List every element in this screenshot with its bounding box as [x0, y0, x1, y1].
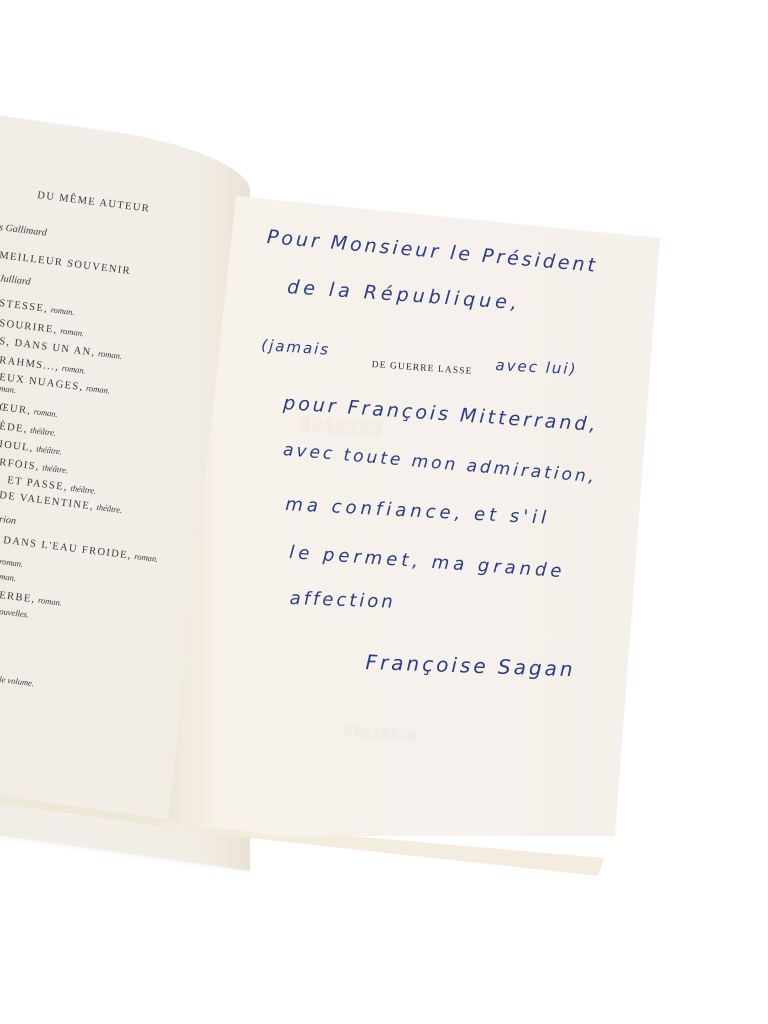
entry-row: man.	[0, 383, 17, 396]
entry-row: ouvelles.	[0, 606, 30, 621]
entry-row: ŒUR, roman.	[0, 402, 58, 420]
entry-row: roman.	[0, 556, 24, 570]
publisher-flammarion: rion	[0, 514, 17, 527]
heading-du-meme-auteur: DU MÊME AUTEUR	[37, 190, 151, 215]
entry-row: DE VALENTINE, théâtre.	[0, 490, 123, 516]
entry-title: MEILLEUR SOUVENIR	[0, 250, 132, 277]
publisher-julliard: Julliard	[0, 273, 31, 288]
entry-row: man.	[0, 571, 17, 584]
entry-row: DANS L'EAU FROIDE, roman.	[3, 535, 159, 565]
entry-row: RFOIS, théâtre.	[0, 457, 69, 476]
entry-row: SOURIRE, roman.	[0, 318, 85, 339]
publisher-gallimard: s Gallimard	[0, 222, 47, 239]
entry-row: ÈDE, théâtre.	[0, 421, 57, 439]
entry-row: le volume.	[0, 674, 35, 689]
inscription-line: affection	[289, 588, 396, 613]
left-page-text: DU MÊME AUTEUR s Gallimard MEILLEUR SOUV…	[0, 0, 170, 760]
entry-row: ERBE, roman.	[0, 590, 63, 609]
photo-scene: DU MÊME AUTEUR s Gallimard MEILLEUR SOUV…	[0, 0, 768, 1024]
entry-row: STESSE, roman.	[0, 298, 75, 318]
entry-row: IOUL, théâtre.	[0, 439, 63, 458]
